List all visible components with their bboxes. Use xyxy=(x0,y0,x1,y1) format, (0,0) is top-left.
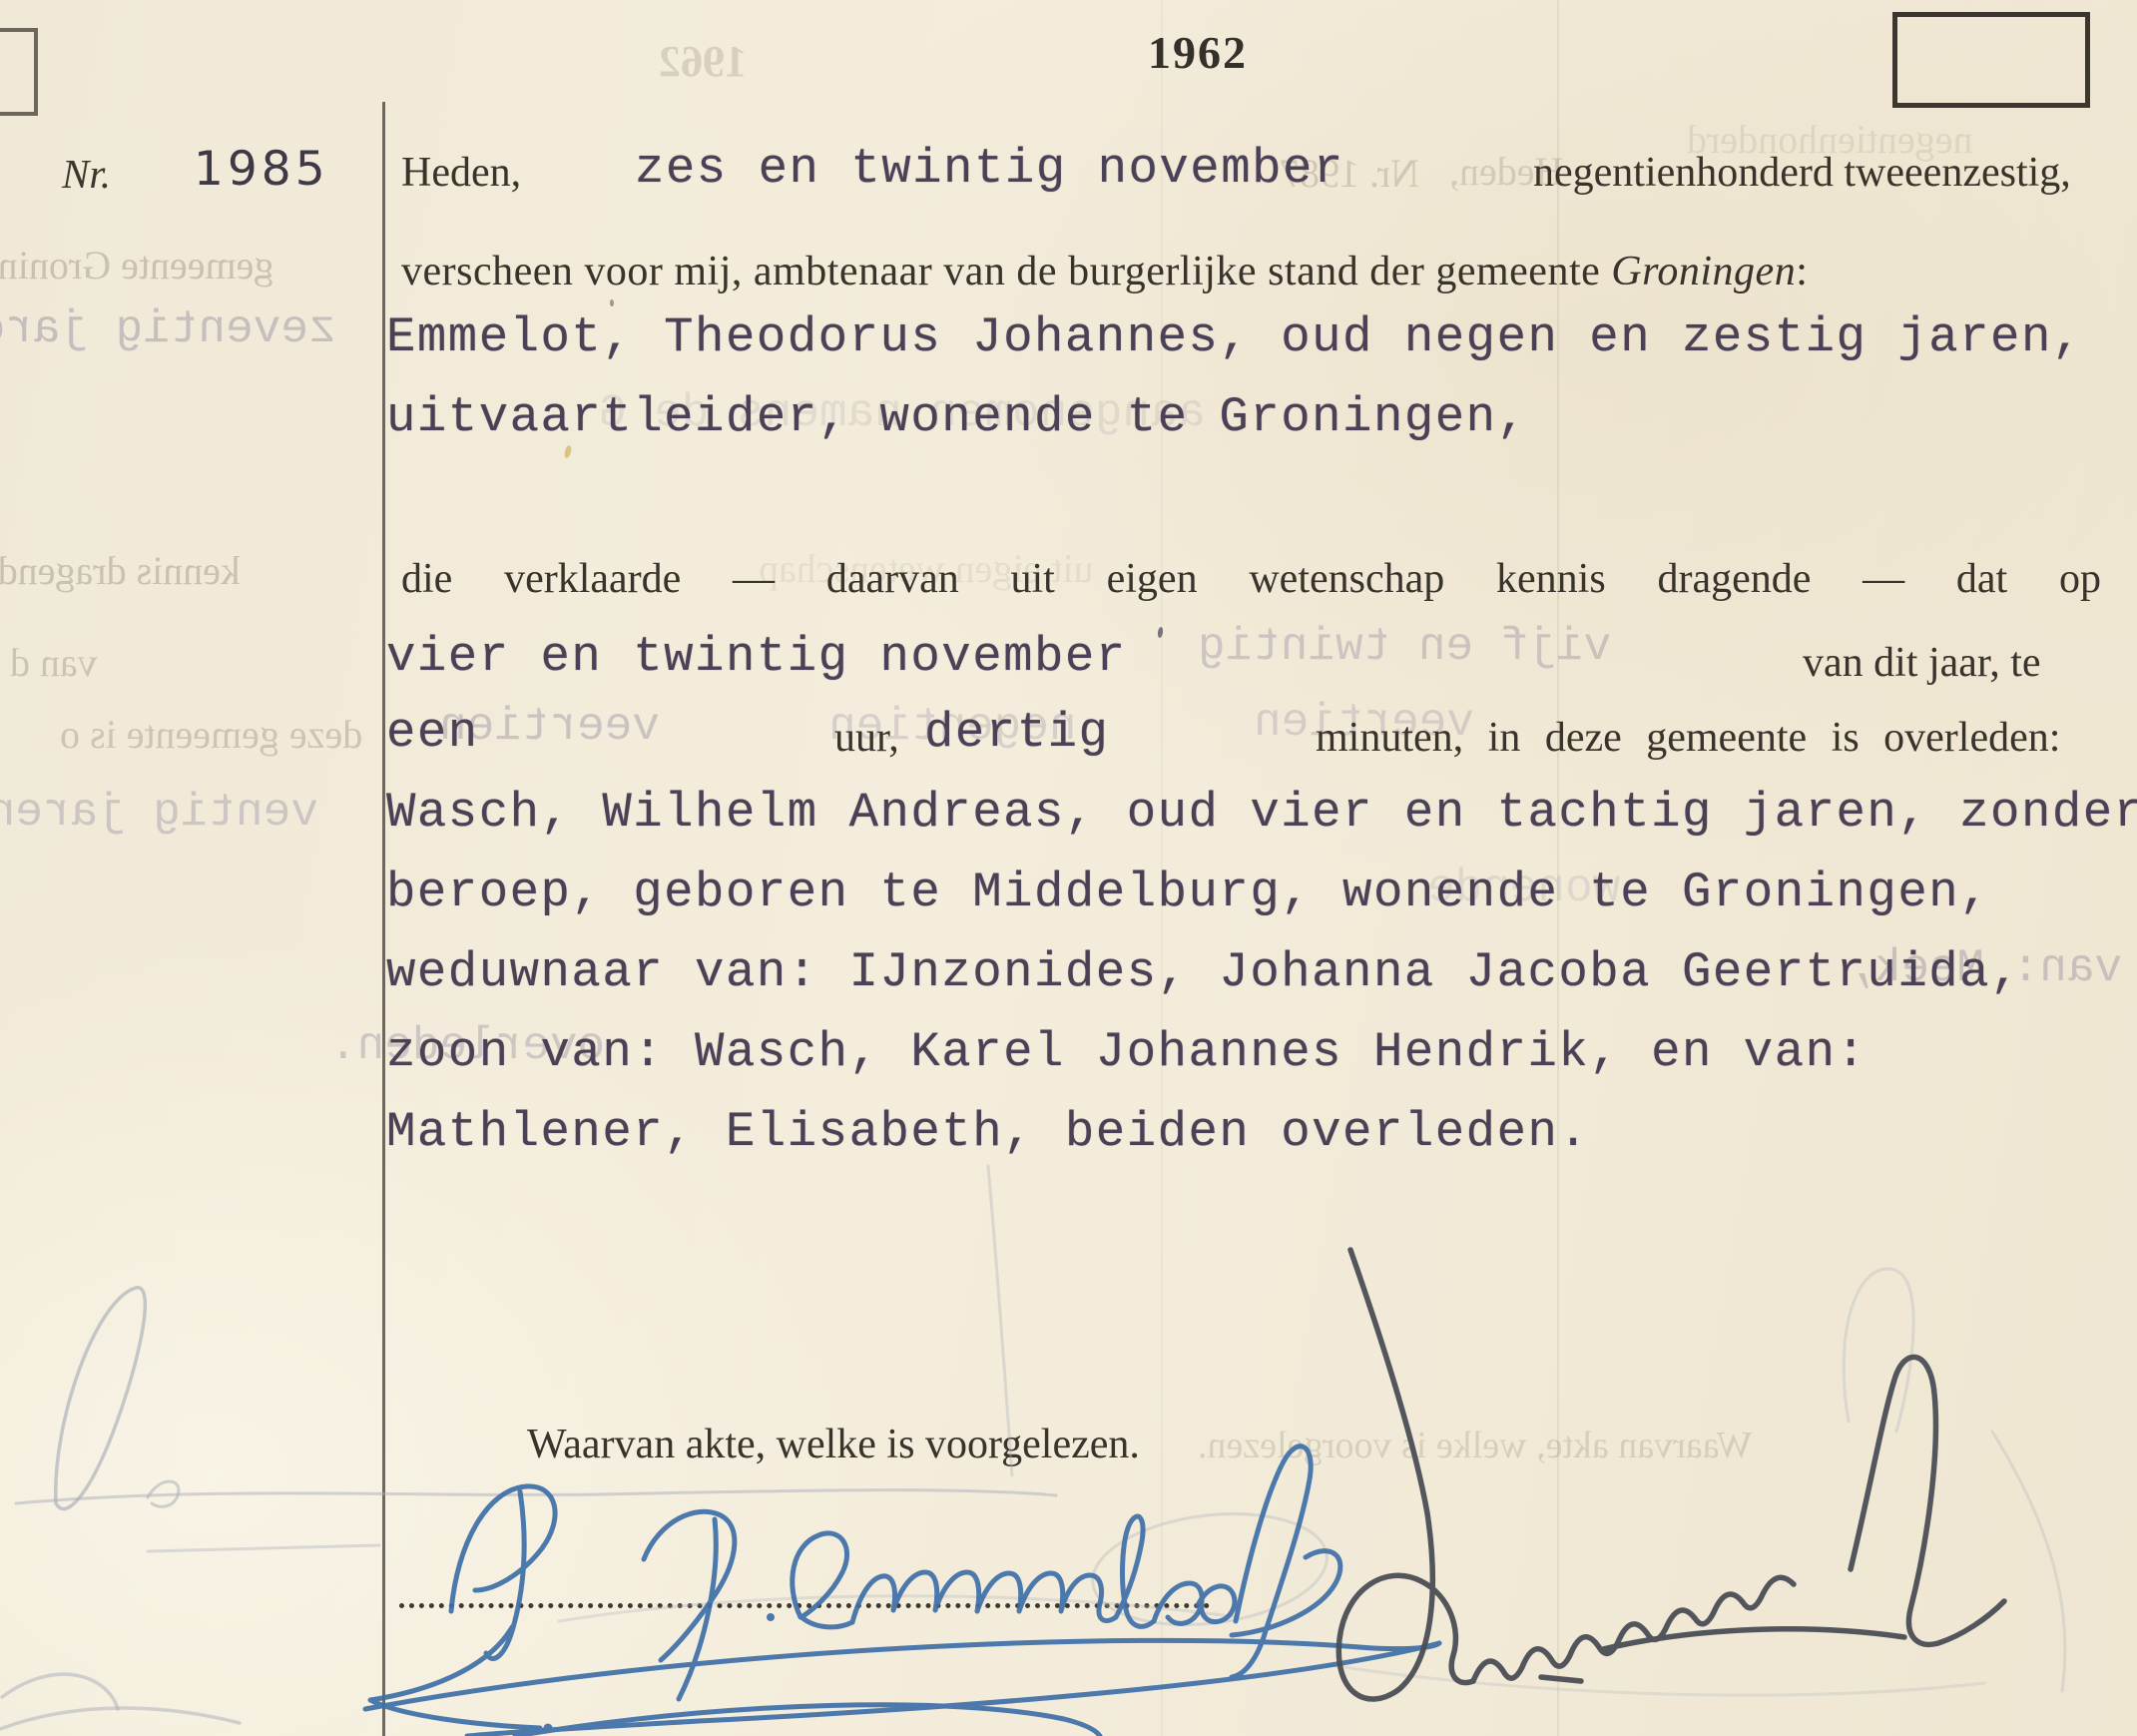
bleedthrough-ghost-text: deze gemeente is o xyxy=(60,711,362,758)
margin-vertical-rule xyxy=(382,102,385,1736)
record-number-label: Nr. xyxy=(62,150,111,198)
bleedthrough-ghost-text: zeventig jaren xyxy=(0,303,335,355)
bleedthrough-ghost-text: kennis dragende xyxy=(0,547,241,594)
stamp-box-fragment xyxy=(0,28,38,116)
typed-death-date: vier en twintig november xyxy=(386,629,1127,685)
typed-deceased-name-age: Wasch, Wilhelm Andreas, oud vier en tach… xyxy=(386,785,2137,841)
record-number-value: 1985 xyxy=(194,142,329,197)
appearance-colon: : xyxy=(1796,249,1808,294)
stamp-box xyxy=(1892,12,2090,108)
form-word-heden: Heden, xyxy=(401,149,521,197)
form-declaration-line: die verklaarde — daarvan uit eigen weten… xyxy=(401,555,2101,603)
registrar-appearance-line: verscheen voor mij, ambtenaar van de bur… xyxy=(401,248,1808,295)
bleedthrough-ghost-text: Waarvan akte, welke is voorgelezen. xyxy=(1198,1424,1752,1467)
typed-deceased-birth-residence: beroep, geboren te Middelburg, wonende t… xyxy=(386,865,1990,920)
typed-death-hour: een xyxy=(386,705,479,761)
page-year-heading: 1962 xyxy=(1148,26,1248,79)
form-of-this-year: van dit jaar, te xyxy=(1803,639,2041,687)
typed-declarant-occupation: uitvaartleider, wonende te Groningen, xyxy=(386,389,1527,445)
typed-act-date: zes en twintig november xyxy=(635,141,1344,197)
ink-speck xyxy=(610,299,614,306)
declarant-signature xyxy=(365,1447,1439,1736)
bleedthrough-ghost-text: van d xyxy=(10,639,98,686)
typed-deceased-widower-of: weduwnaar van: IJnzonides, Johanna Jacob… xyxy=(386,944,2021,1000)
signature-dotted-line xyxy=(399,1603,1210,1608)
typed-deceased-mother: Mathlener, Elisabeth, beiden overleden. xyxy=(386,1104,1589,1160)
bleedthrough-ghost-text: gemeente Groningen xyxy=(0,242,273,289)
municipality-name: Groningen xyxy=(1611,249,1796,294)
registrar-signature xyxy=(1338,1250,2004,1699)
bleedthrough-ghost-text: 1962 xyxy=(659,36,747,87)
bleedthrough-ghost-text: vijf en twintig xyxy=(1198,621,1611,673)
death-certificate-scan: 1962Nr. 1987Heden,negentienhonderdgemeen… xyxy=(0,0,2137,1736)
ink-speck xyxy=(564,444,573,458)
bleedthrough-ghost-text: ventig jaren, xyxy=(0,787,318,839)
closing-formula: Waarvan akte, welke is voorgelezen. xyxy=(527,1421,1140,1468)
typed-deceased-son-of: zoon van: Wasch, Karel Johannes Hendrik,… xyxy=(386,1024,1867,1080)
form-year-text: negentienhonderd tweeenzestig, xyxy=(1533,149,2071,197)
typed-death-minutes: dertig xyxy=(924,705,1109,761)
appearance-text: verscheen voor mij, ambtenaar van de bur… xyxy=(401,249,1611,294)
form-minutes-label: minuten, in deze gemeente is overleden: xyxy=(1316,714,2060,762)
form-hour-label: uur, xyxy=(834,714,899,762)
typed-declarant-name-age: Emmelot, Theodorus Johannes, oud negen e… xyxy=(386,309,2083,365)
